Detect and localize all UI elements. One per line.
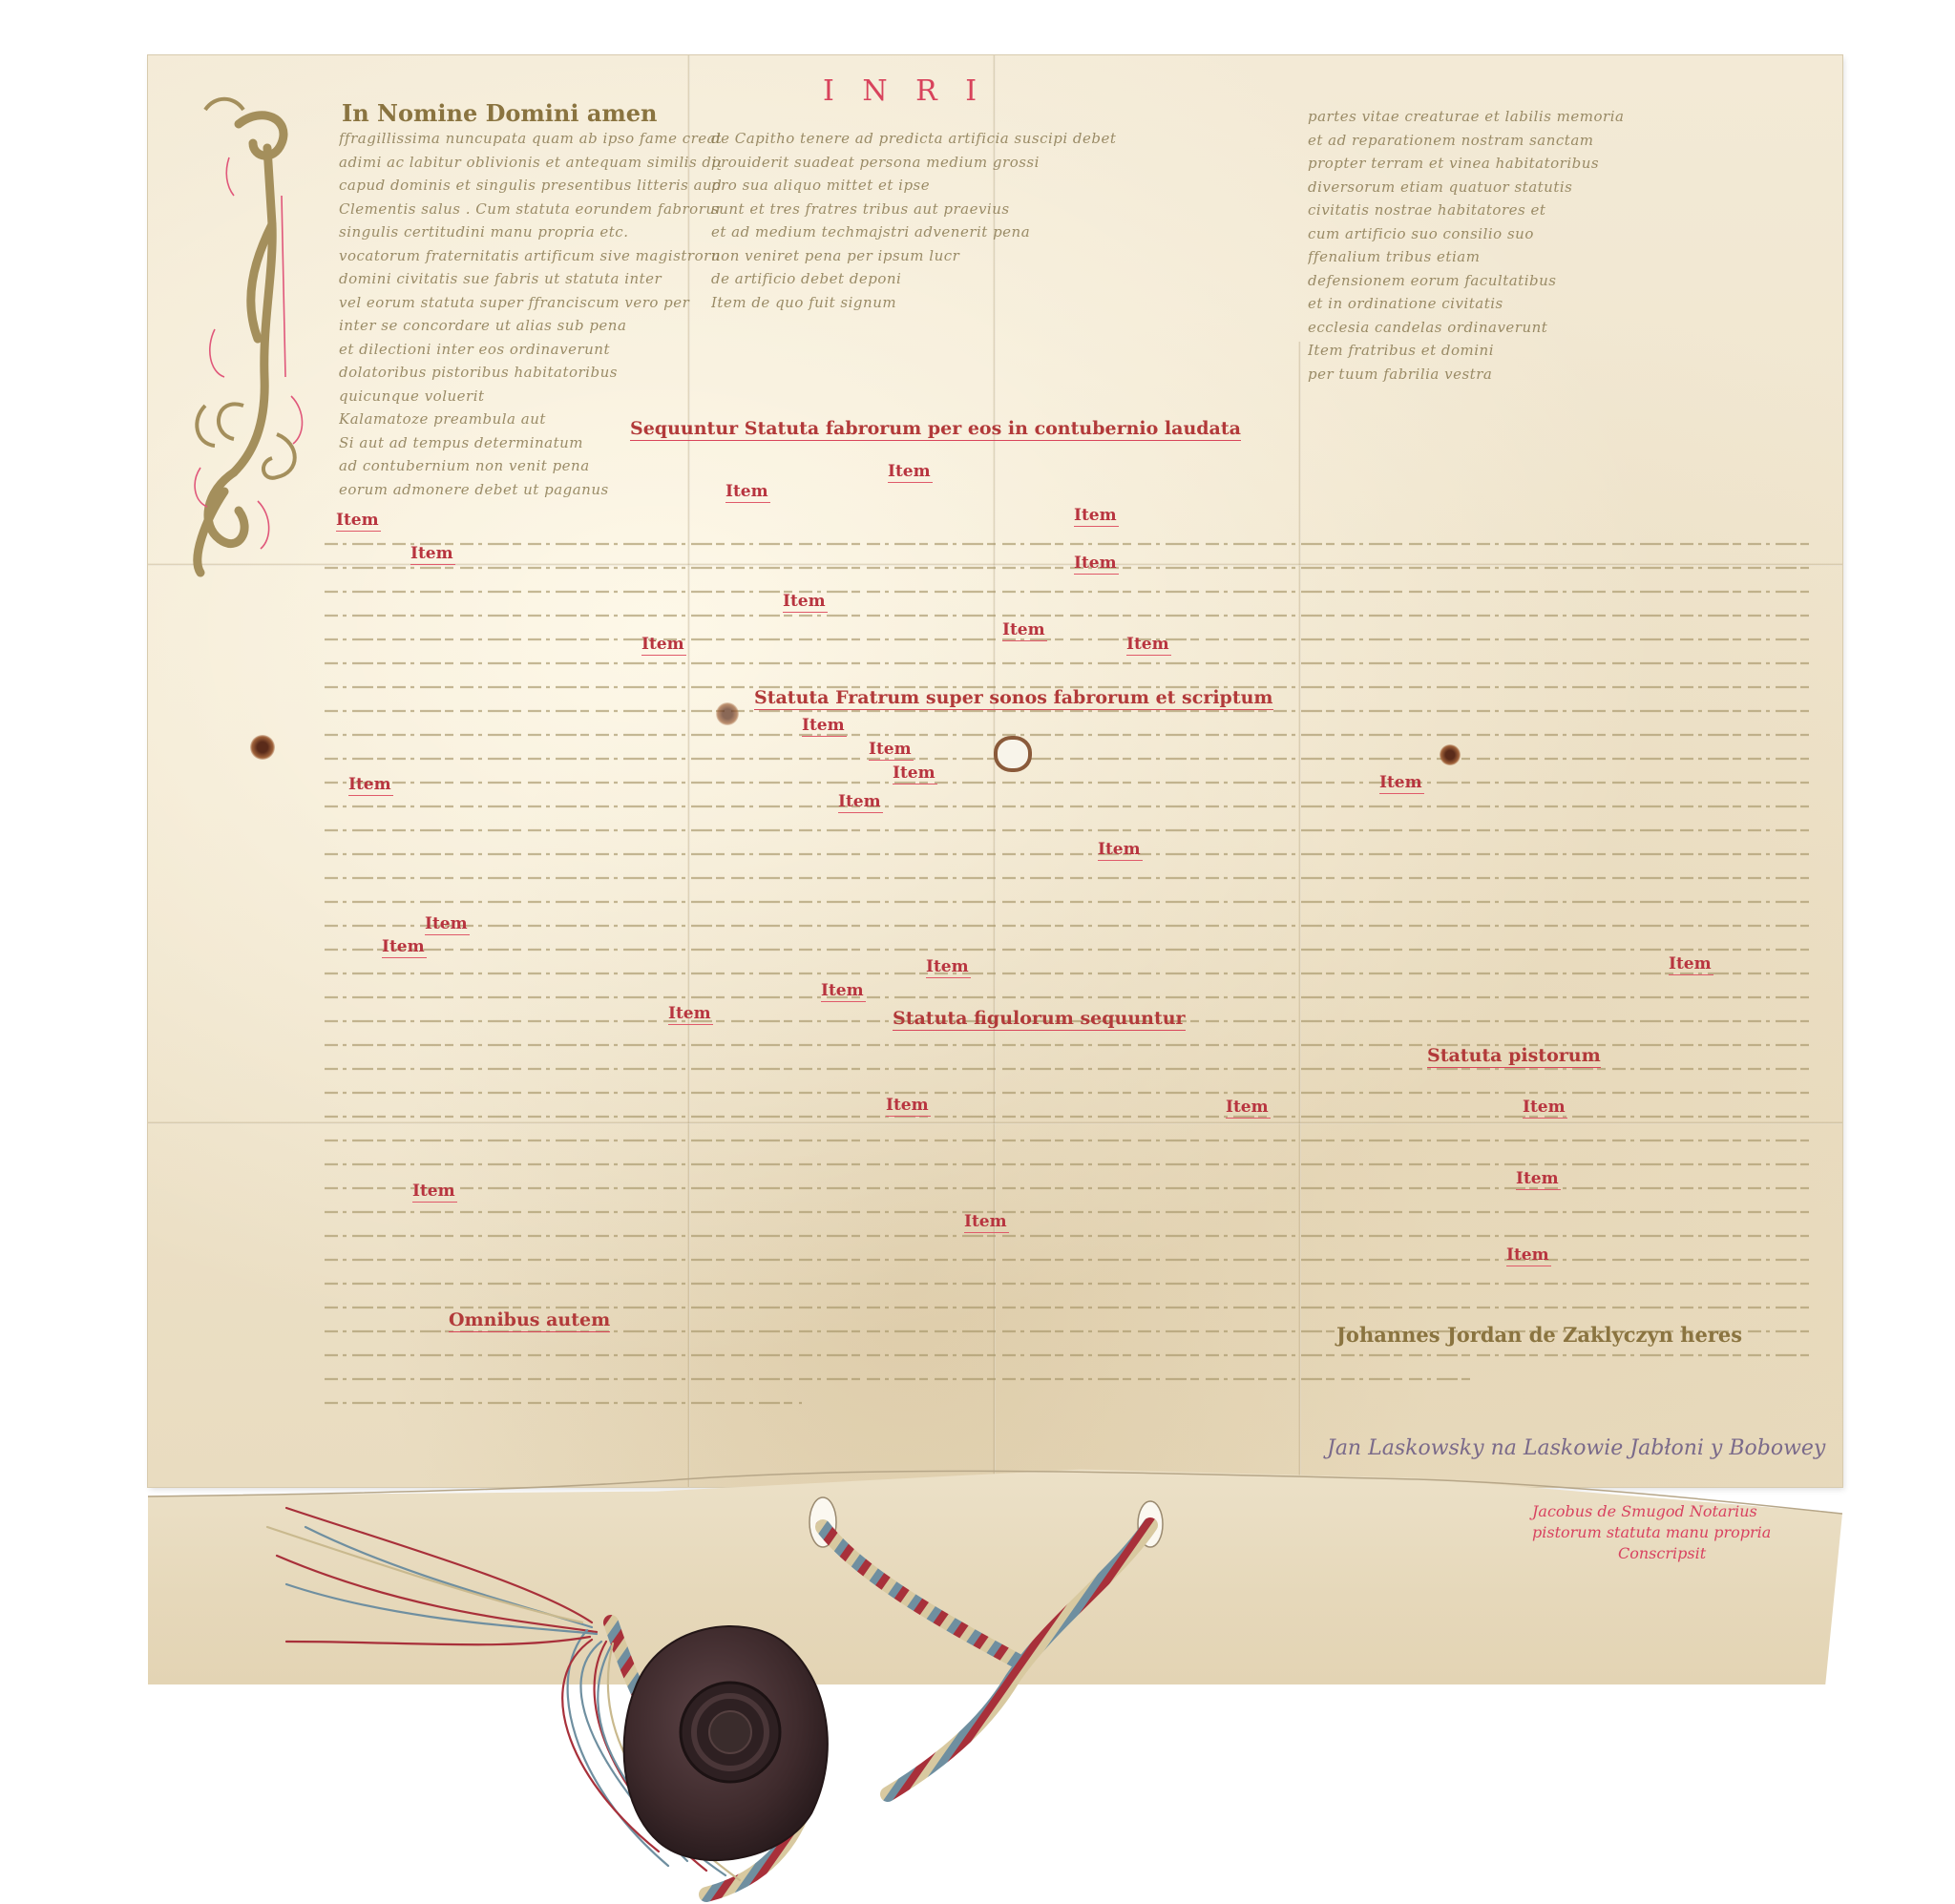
text-line: ffragillissima nuncupata quam ab ipso fa… [339, 127, 721, 151]
manuscript-script-lines [325, 534, 1823, 1422]
item-marker: Item [783, 592, 828, 613]
witness-line: Johannes Jordan de Zaklyczyn heres [1336, 1323, 1742, 1347]
item-marker: Item [964, 1212, 1009, 1233]
heading-statuta-figulorum: Statuta figulorum sequuntur [893, 1008, 1186, 1029]
item-marker: Item [412, 1182, 457, 1203]
text-line: singulis certitudini manu propria etc. [339, 220, 721, 244]
item-marker: Item [886, 1096, 931, 1117]
item-marker: Item [641, 635, 686, 656]
wormhole-stain [1440, 744, 1461, 765]
text-line: civitatis nostrae habitatores et [1308, 199, 1814, 222]
item-marker: Item [1379, 773, 1424, 794]
text-line: sunt et tres fratres tribus aut praevius [711, 198, 1255, 221]
item-marker: Item [336, 511, 381, 532]
text-line: Item de quo fuit signum [711, 291, 1255, 315]
item-marker: Item [893, 764, 937, 785]
signature-line: pistorum statuta manu propria [1532, 1522, 1771, 1543]
item-marker: Item [888, 462, 933, 483]
text-line: adimi ac labitur oblivionis et antequam … [339, 151, 721, 175]
text-line: capud dominis et singulis presentibus li… [339, 174, 721, 198]
item-marker: Item [869, 740, 914, 761]
text-line: et in ordinatione civitatis [1308, 292, 1814, 316]
item-marker: Item [802, 716, 847, 737]
text-line: Clementis salus . Cum statuta eorundem f… [339, 198, 721, 221]
item-marker: Item [382, 937, 427, 958]
opening-invocation: In Nomine Domini amen [342, 99, 657, 127]
item-marker: Item [1126, 635, 1171, 656]
signature-line: Conscripsit [1532, 1543, 1771, 1564]
item-marker: Item [1074, 554, 1119, 575]
wormhole-stain [250, 735, 275, 760]
item-marker: Item [1226, 1098, 1271, 1119]
text-line: eorum admonere debet ut paganus [339, 478, 721, 502]
text-line: ad contubernium non venit pena [339, 454, 721, 478]
text-line: per tuum fabrilia vestra [1308, 363, 1814, 387]
signature-notary: Jacobus de Smugod Notarius pistorum stat… [1532, 1501, 1771, 1564]
text-line: non veniret pena per ipsum lucr [711, 244, 1255, 268]
text-line: diversorum etiam quatuor statutis [1308, 176, 1814, 199]
item-marker: Item [1098, 840, 1143, 861]
text-column-1: ffragillissima nuncupata quam ab ipso fa… [339, 127, 721, 547]
text-line: partes vitae creaturae et labilis memori… [1308, 105, 1814, 129]
item-marker: Item [1516, 1169, 1561, 1190]
item-marker: Item [926, 957, 971, 978]
item-marker: Item [668, 1004, 713, 1025]
text-line: et ad reparationem nostram sanctam [1308, 129, 1814, 153]
item-marker: Item [1523, 1098, 1567, 1119]
wax-stain [716, 702, 739, 725]
heading-text: Omnibus autem [449, 1309, 610, 1332]
text-line: dolatoribus pistoribus habitatoribus [339, 361, 721, 385]
item-marker: Item [425, 914, 470, 935]
text-line: vocatorum fraternitatis artificum sive m… [339, 244, 721, 268]
heading-statuta-fratrum: Statuta Fratrum super sonos fabrorum et … [754, 687, 1273, 708]
text-line: de Capitho tenere ad predicta artificia … [711, 127, 1255, 151]
heading-text: Statuta pistorum [1427, 1045, 1601, 1068]
signature-laskowsky: Jan Laskowsky na Laskowie Jabłoni y Bobo… [1327, 1436, 1825, 1460]
text-column-3: partes vitae creaturae et labilis memori… [1308, 105, 1814, 515]
heading-text: Statuta Fratrum super sonos fabrorum et … [754, 687, 1273, 710]
text-line: inter se concordare ut alias sub pena [339, 314, 721, 338]
illuminated-initial-icon [186, 91, 329, 577]
item-marker: Item [1669, 954, 1713, 975]
text-column-2: de Capitho tenere ad predicta artificia … [711, 127, 1255, 413]
signature-line: Jacobus de Smugod Notarius [1532, 1501, 1771, 1522]
text-line: Item fratribus et domini [1308, 339, 1814, 363]
heading-statuta-pistorum: Statuta pistorum [1427, 1045, 1601, 1066]
text-line: et ad medium techmajstri advenerit pena [711, 220, 1255, 244]
item-marker: Item [838, 792, 883, 813]
item-marker: Item [348, 775, 393, 796]
heading-text: Sequuntur Statuta fabrorum per eos in co… [630, 418, 1241, 441]
text-line: et dilectioni inter eos ordinaverunt [339, 338, 721, 362]
item-marker: Item [1074, 506, 1119, 527]
text-line: cum artificio suo consilio suo [1308, 222, 1814, 246]
inri-invocation: I N R I [823, 74, 986, 108]
text-line: propter terram et vinea habitatoribus [1308, 152, 1814, 176]
item-marker: Item [821, 981, 866, 1002]
text-line: pro sua aliquo mittet et ipse [711, 174, 1255, 198]
text-line: de artificio debet deponi [711, 267, 1255, 291]
text-line: prouiderit suadeat persona medium grossi [711, 151, 1255, 175]
item-marker: Item [1002, 620, 1047, 641]
item-marker: Item [725, 482, 770, 503]
tear-hole [998, 740, 1028, 768]
text-line: ffenalium tribus etiam [1308, 245, 1814, 269]
text-line: quicunque voluerit [339, 385, 721, 408]
text-line: ecclesia candelas ordinaverunt [1308, 316, 1814, 340]
text-line: domini civitatis sue fabris ut statuta i… [339, 267, 721, 291]
text-line: vel eorum statuta super ffranciscum vero… [339, 291, 721, 315]
heading-text: Statuta figulorum sequuntur [893, 1008, 1186, 1031]
heading-statuta-fabrorum: Sequuntur Statuta fabrorum per eos in co… [630, 418, 1241, 439]
text-line: defensionem eorum facultatibus [1308, 269, 1814, 293]
item-marker: Item [410, 544, 455, 565]
heading-omnibus-autem: Omnibus autem [449, 1309, 610, 1330]
item-marker: Item [1506, 1245, 1551, 1266]
plica-fold [148, 1465, 1842, 1684]
